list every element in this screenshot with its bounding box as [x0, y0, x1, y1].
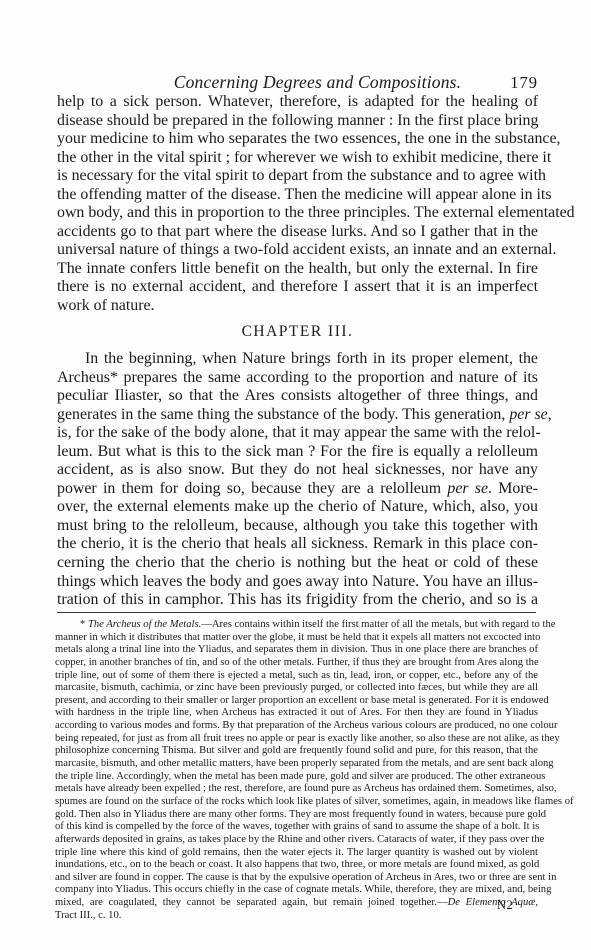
text-line: is necessary for the vital spirit to dep…: [57, 167, 538, 186]
paragraph-continued: help to a sick person. Whatever, therefo…: [57, 93, 538, 316]
signature-mark: N2: [497, 898, 513, 913]
footnote-line: with hardness in the triple line, when A…: [55, 707, 538, 720]
page-number: 179: [510, 73, 538, 93]
text-line: work of nature.: [57, 297, 538, 316]
text-line: disease should be prepared in the follow…: [57, 112, 538, 131]
footnote-divider: [57, 612, 536, 613]
footnote-marker: *: [80, 619, 85, 630]
footnote-line: spumes are found on the surface of the r…: [55, 796, 538, 809]
text-segment: power in them for doing so, because they…: [57, 480, 441, 497]
text-line: the cherio, it is the cherio that heals …: [57, 535, 538, 554]
footnote-line: present, and according to their smaller …: [55, 695, 538, 708]
text-line: own body, and this in proportion to the …: [57, 204, 538, 223]
text-line: peculiar Iliaster, so that the Ares cons…: [57, 387, 538, 406]
italic-phrase: per se: [509, 406, 547, 423]
text-segment: generates in the same thing the substanc…: [57, 406, 505, 423]
footnote-line: copper, in another branches of tin, and …: [55, 657, 538, 670]
text-line: Archeus* prepares the same according to …: [57, 369, 538, 388]
footnote-line: manner in which it distributes that matt…: [55, 632, 538, 645]
chapter-heading: CHAPTER III.: [57, 323, 538, 341]
footnote-line: gold. Then also in Yliadus there are man…: [55, 809, 538, 822]
text-line: The innate confers little benefit on the…: [57, 260, 538, 279]
text-line: accident, as is also snow. But they do n…: [57, 461, 538, 480]
footnote-line: being repeated, for just as from all fru…: [55, 733, 538, 746]
footnote-line: metals along a trinal line into the Ylia…: [55, 644, 538, 657]
text-line: help to a sick person. Whatever, therefo…: [57, 93, 538, 112]
text-line: the offending matter of the disease. The…: [57, 186, 538, 205]
footnote-line: triple line, out of some of them there i…: [55, 670, 538, 683]
text-line: power in them for doing so, because they…: [57, 480, 538, 499]
footnote-line: inundations, etc., on to the beach or co…: [55, 859, 538, 872]
footnote-line: triple line where this kind of gold rema…: [55, 847, 538, 860]
footnote-line: metals have already been expelled ; the …: [55, 783, 538, 796]
text-line: the other in the vital spirit ; for wher…: [57, 149, 538, 168]
text-line: leum. But what is this to the sick man ?…: [57, 443, 538, 462]
source-citation: De Elemento Aquæ,: [448, 897, 538, 908]
text-line: things which leaves the body and goes aw…: [57, 573, 538, 592]
footnote-line: according to various modes and forms. By…: [55, 720, 538, 733]
text-segment: mixed, are coagulated, they cannot be se…: [55, 897, 448, 908]
footnote-line: the triple line. Accordingly, when the m…: [55, 771, 538, 784]
running-title: Concerning Degrees and Compositions.: [57, 72, 538, 93]
text-line: your medicine to him who separates the t…: [57, 130, 538, 149]
text-line: cerning the cherio that the cherio is no…: [57, 554, 538, 573]
footnote: * The Archeus of the Metals.—Ares contai…: [55, 619, 538, 922]
footnote-line: Tract III., c. 10.: [55, 910, 538, 923]
text-line: universal nature of things a two-fold ac…: [57, 241, 538, 260]
text-line: must bring to the relolleum, because, al…: [57, 517, 538, 536]
footnote-line: company into Yliadus. This occurs chiefl…: [55, 884, 538, 897]
italic-phrase: per se: [447, 480, 488, 497]
footnote-title: The Archeus of the Metals.: [88, 619, 201, 630]
text-line: there is no external accident, and there…: [57, 278, 538, 297]
text-line: generates in the same thing the substanc…: [57, 406, 538, 425]
footnote-line: afterwards deposited in grains, as takes…: [55, 834, 538, 847]
footnote-line: of this kind is compelled by the force o…: [55, 821, 538, 834]
footnote-line: philosophize concerning Thisma. But silv…: [55, 745, 538, 758]
text-line: over, the external elements make up the …: [57, 498, 538, 517]
book-page: Concerning Degrees and Compositions. 179…: [0, 0, 591, 950]
text-segment: ,: [548, 406, 552, 423]
text-line: tration of this in camphor. This has its…: [57, 591, 538, 610]
footnote-line: marcasite, bismuth, cachimia, or zinc ha…: [55, 682, 538, 695]
text-segment: . More-: [488, 480, 538, 497]
text-segment: —Ares contains within itself the first m…: [201, 619, 555, 630]
footnote-line: marcasite, bismuth, and other metallic m…: [55, 758, 538, 771]
text-line: is, for the sake of the body alone, that…: [57, 424, 538, 443]
text-line: In the beginning, when Nature brings for…: [57, 350, 538, 369]
footnote-line: mixed, are coagulated, they cannot be se…: [55, 897, 538, 910]
footnote-line: and silver are found in copper. The caus…: [55, 872, 538, 885]
footnote-line: * The Archeus of the Metals.—Ares contai…: [55, 619, 538, 632]
text-line: accidents go to that part where the dise…: [57, 223, 538, 242]
chapter-paragraph: In the beginning, when Nature brings for…: [57, 350, 538, 610]
